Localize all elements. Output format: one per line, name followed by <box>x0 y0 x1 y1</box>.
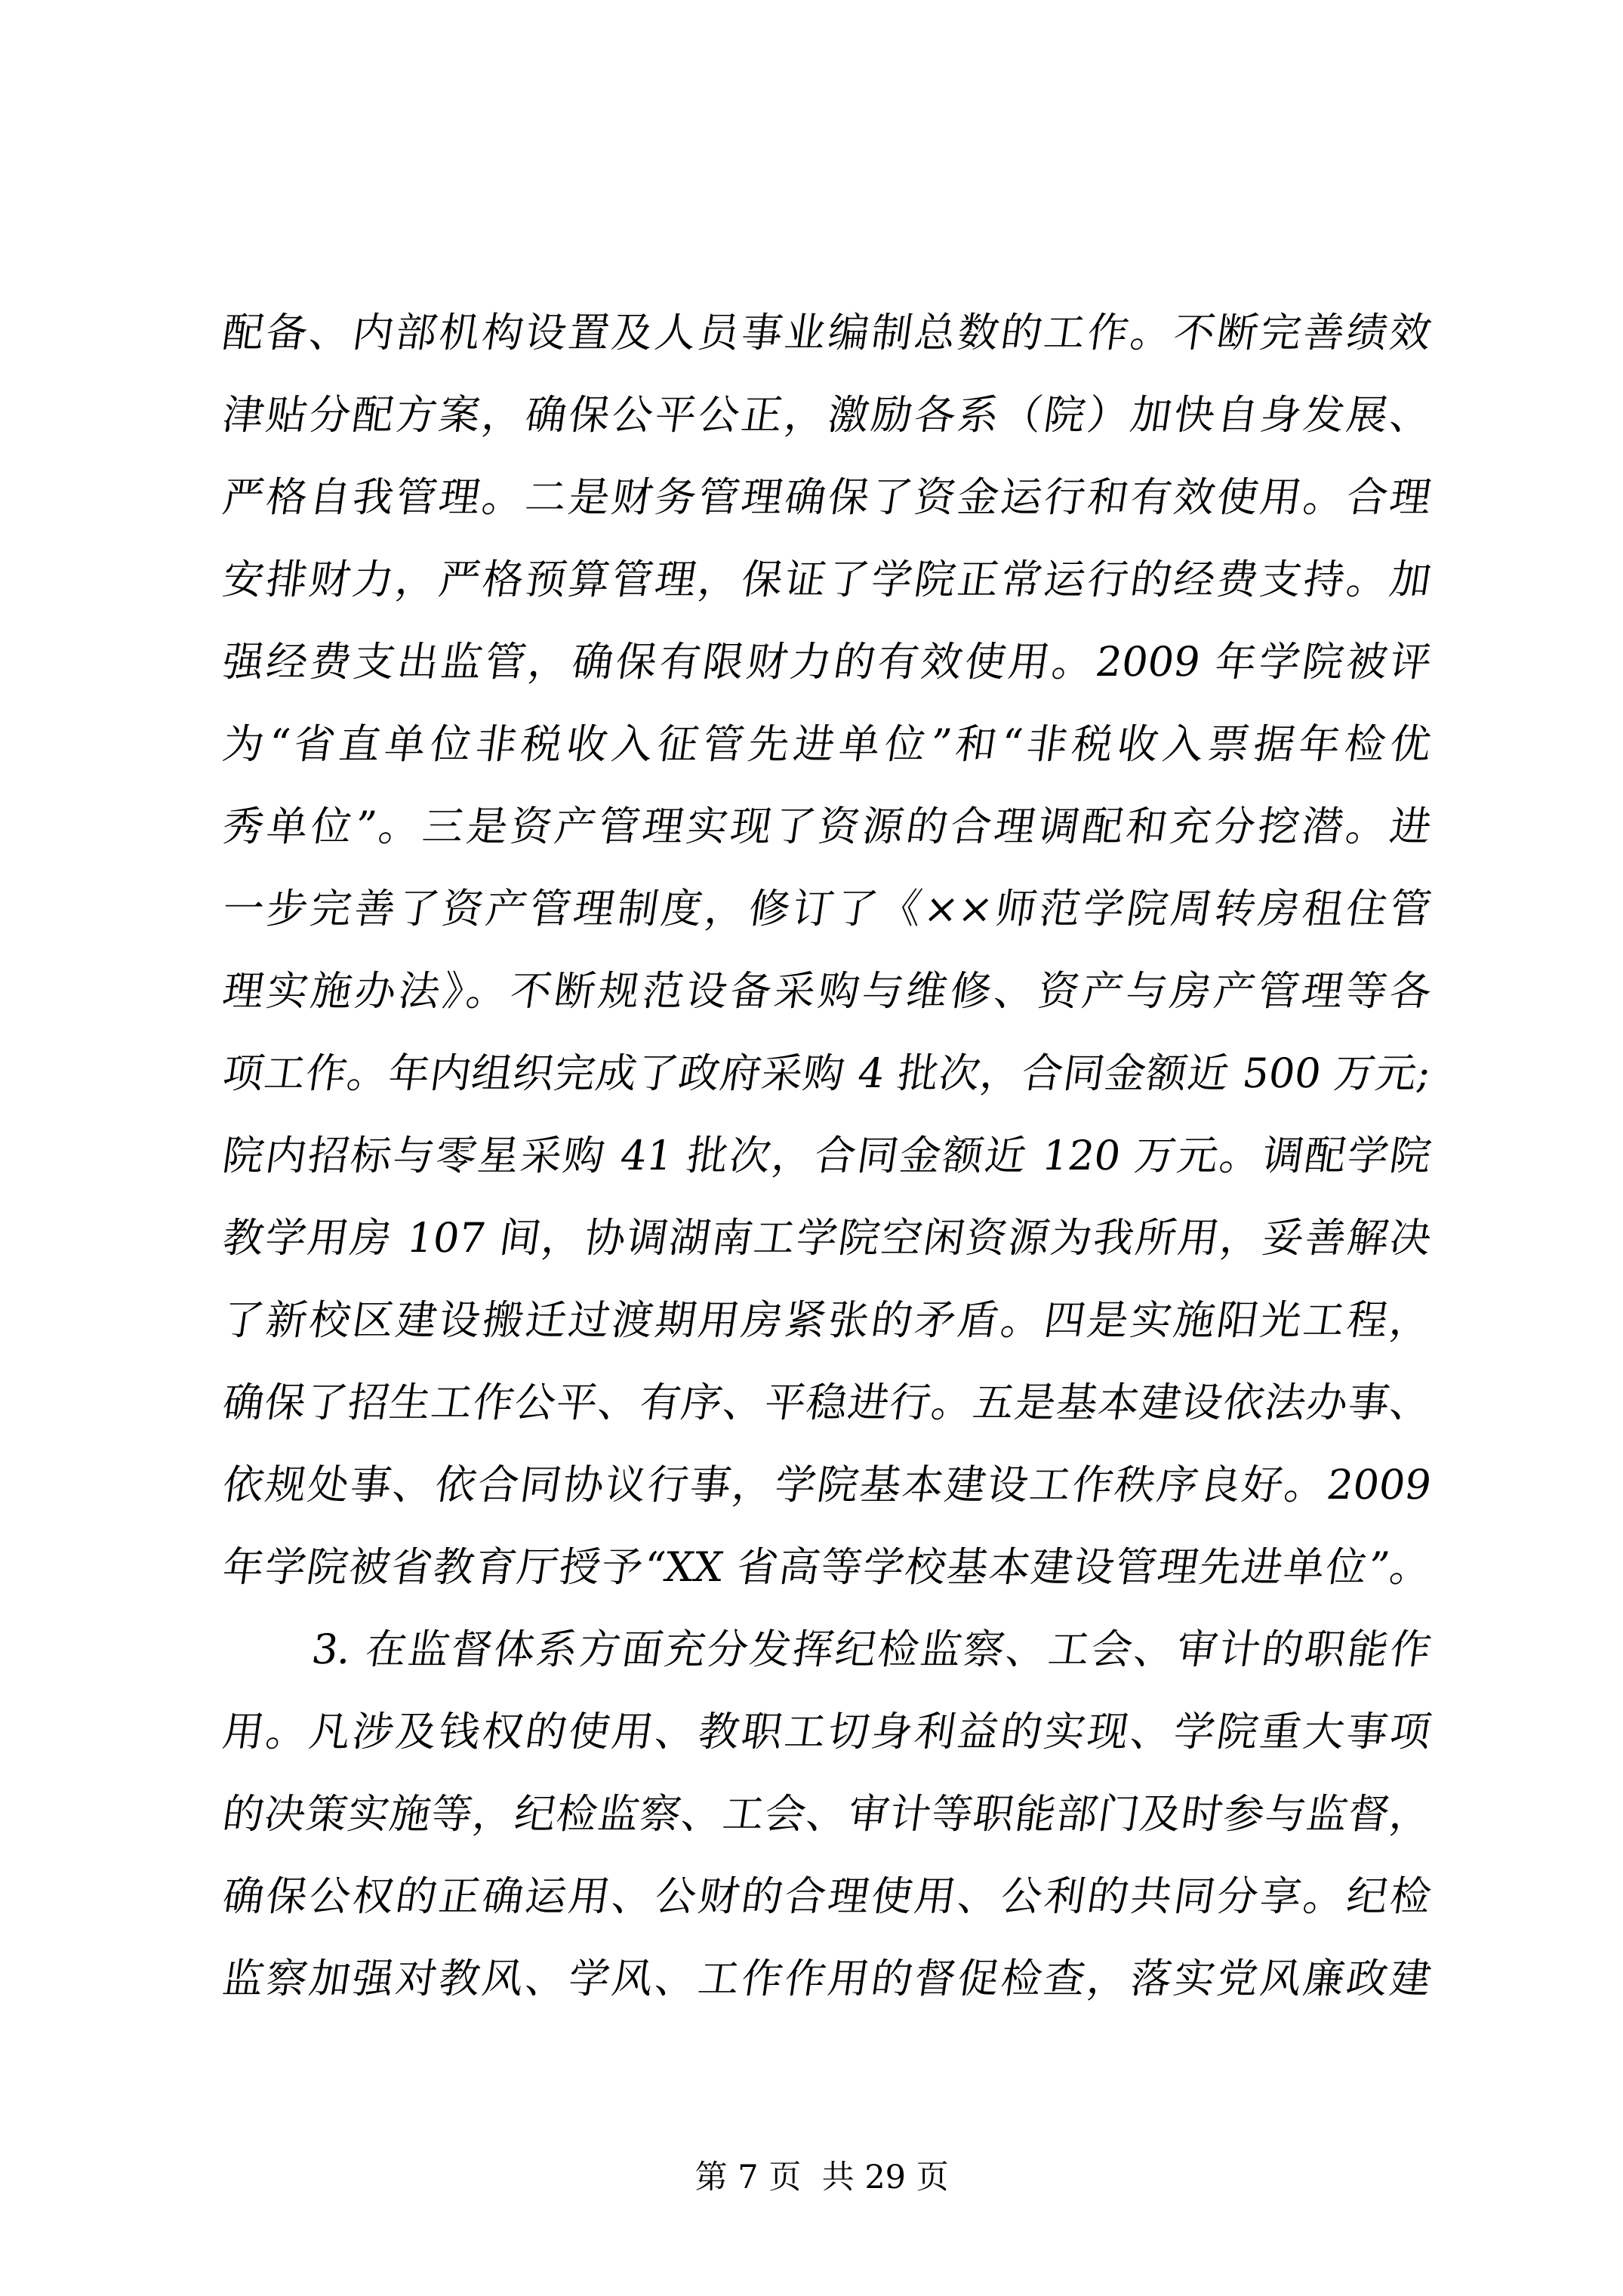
text-line: 理实施办法》。不断规范设备采购与维修、资产与房产管理等各 <box>217 950 1437 1032</box>
text-line: 津贴分配方案，确保公平公正，激励各系（院）加快自身发展、 <box>217 374 1437 456</box>
text-line: 监察加强对教风、学风、工作作用的督促检查，落实党风廉政建 <box>217 1937 1437 2020</box>
text-line: 用。凡涉及钱权的使用、教职工切身利益的实现、学院重大事项 <box>217 1690 1437 1773</box>
text-line: 强经费支出监管，确保有限财力的有效使用。2009 年学院被评 <box>217 621 1437 703</box>
document-body: 配备、内部机构设置及人员事业编制总数的工作。不断完善绩效 津贴分配方案，确保公平… <box>217 291 1425 2020</box>
text-line: 确保公权的正确运用、公财的合理使用、公利的共同分享。纪检 <box>217 1855 1437 1937</box>
text-line: 教学用房 107 间，协调湖南工学院空闲资源为我所用，妥善解决 <box>217 1197 1437 1279</box>
text-line: 一步完善了资产管理制度，修订了《××师范学院周转房租住管 <box>217 868 1437 950</box>
text-line: 安排财力，严格预算管理，保证了学院正常运行的经费支持。加 <box>217 538 1437 621</box>
text-line: 为“省直单位非税收入征管先进单位”和“非税收入票据年检优 <box>217 703 1437 785</box>
page-number-text: 第 7 页 共 29 页 <box>695 2159 949 2196</box>
text-line: 严格自我管理。二是财务管理确保了资金运行和有效使用。合理 <box>217 456 1437 538</box>
text-line: 秀单位”。三是资产管理实现了资源的合理调配和充分挖潜。进 <box>217 785 1437 868</box>
text-line: 依规处事、依合同协议行事，学院基本建设工作秩序良好。2009 <box>217 1444 1437 1526</box>
text-line: 的决策实施等，纪检监察、工会、审计等职能部门及时参与监督， <box>217 1773 1437 1855</box>
text-line: 年学院被省教育厅授予“XX 省高等学校基本建设管理先进单位”。 <box>217 1526 1437 1608</box>
text-line: 院内招标与零星采购 41 批次，合同金额近 120 万元。调配学院 <box>217 1114 1437 1197</box>
page-footer: 第 7 页 共 29 页 <box>0 2114 1623 2199</box>
text-line: 确保了招生工作公平、有序、平稳进行。五是基本建设依法办事、 <box>217 1361 1437 1444</box>
text-line: 配备、内部机构设置及人员事业编制总数的工作。不断完善绩效 <box>217 291 1437 374</box>
text-line-indented: 3. 在监督体系方面充分发挥纪检监察、工会、审计的职能作 <box>217 1608 1437 1690</box>
text-line: 项工作。年内组织完成了政府采购 4 批次，合同金额近 500 万元; <box>217 1032 1437 1114</box>
text-line: 了新校区建设搬迁过渡期用房紧张的矛盾。四是实施阳光工程， <box>217 1279 1437 1361</box>
